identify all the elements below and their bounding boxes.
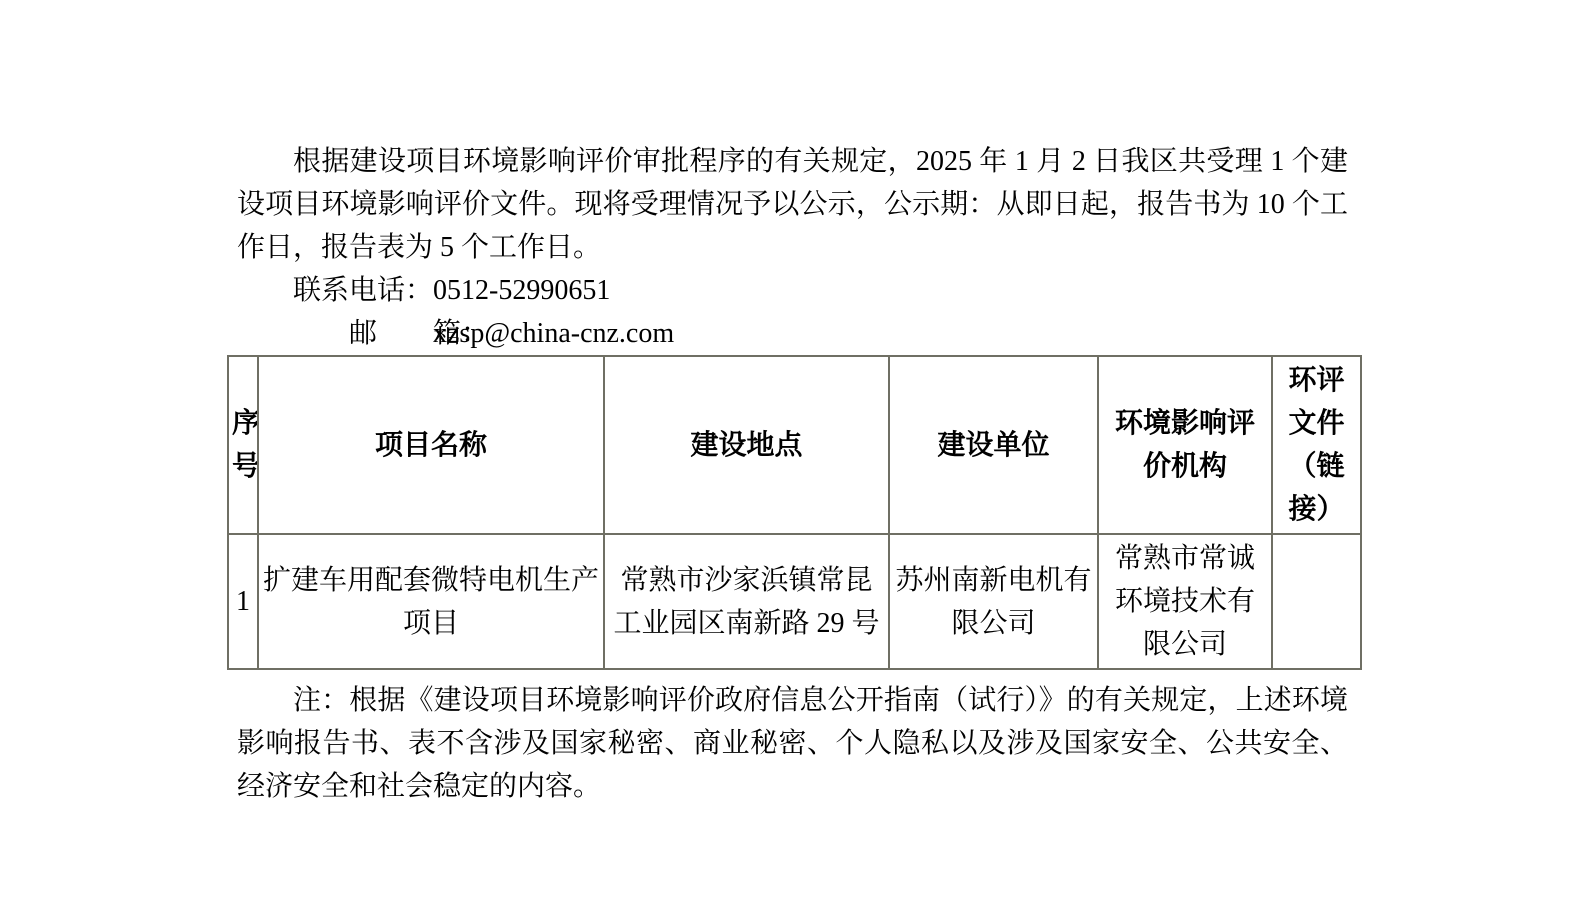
- contact-email-label-left: 邮: [293, 312, 377, 355]
- cell-index: 1: [228, 534, 258, 669]
- cell-location: 常熟市沙家浜镇常昆工业园区南新路 29 号: [604, 534, 889, 669]
- contact-email-value: xzsp@china-cnz.com: [433, 318, 674, 349]
- header-location: 建设地点: [604, 356, 889, 534]
- cell-eia-agency: 常熟市常诚环境技术有限公司: [1098, 534, 1272, 669]
- contact-phone-value: 0512-52990651: [433, 275, 610, 306]
- contact-phone-line: 联系电话：0512-52990651: [237, 269, 1348, 312]
- table-header-row: 序号 项目名称 建设地点 建设单位 环境影响评价机构 环评文件（链接）: [228, 356, 1361, 534]
- table-row: 1 扩建车用配套微特电机生产项目 常熟市沙家浜镇常昆工业园区南新路 29 号 苏…: [228, 534, 1361, 669]
- header-project-name: 项目名称: [258, 356, 604, 534]
- contact-email-label: 邮箱：: [293, 312, 433, 355]
- header-eia-agency: 环境影响评价机构: [1098, 356, 1272, 534]
- header-index: 序号: [228, 356, 258, 534]
- document-page: 根据建设项目环境影响评价审批程序的有关规定，2025 年 1 月 2 日我区共受…: [0, 0, 1587, 901]
- cell-builder: 苏州南新电机有限公司: [889, 534, 1098, 669]
- note-paragraph: 注：根据《建设项目环境影响评价政府信息公开指南（试行）》的有关规定，上述环境影响…: [237, 679, 1348, 808]
- cell-project-name: 扩建车用配套微特电机生产项目: [258, 534, 604, 669]
- contact-phone-label: 联系电话：: [293, 275, 433, 306]
- acceptance-table: 序号 项目名称 建设地点 建设单位 环境影响评价机构 环评文件（链接） 1 扩建…: [227, 355, 1362, 670]
- contact-email-line: 邮箱：xzsp@china-cnz.com: [237, 312, 1348, 355]
- header-eia-document: 环评文件（链接）: [1272, 356, 1361, 534]
- header-builder: 建设单位: [889, 356, 1098, 534]
- intro-paragraph: 根据建设项目环境影响评价审批程序的有关规定，2025 年 1 月 2 日我区共受…: [237, 140, 1348, 269]
- cell-eia-document: [1272, 534, 1361, 669]
- document-body: 根据建设项目环境影响评价审批程序的有关规定，2025 年 1 月 2 日我区共受…: [237, 140, 1348, 808]
